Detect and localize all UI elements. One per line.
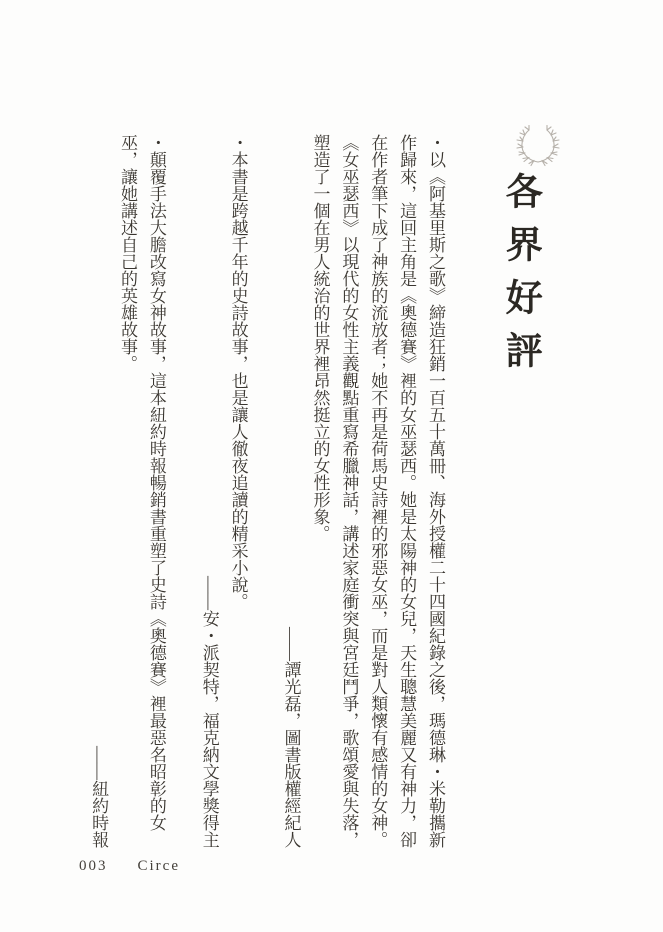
page-number: 003 (79, 858, 108, 875)
quote-attribution: ——譚光磊，圖書版權經紀人 (276, 134, 305, 848)
quote-attribution: ——安・派契特，福克納文學獎得主 (194, 134, 223, 848)
quote-paragraph: ・顛覆手法大膽改寫女神故事，這本紐約時報暢銷書重塑了史詩《奧德賽》裡最惡名昭彰的… (112, 134, 170, 848)
laurel-wreath-icon (515, 125, 561, 167)
quote-paragraph: ・以《阿基里斯之歌》締造狂銷一百五十萬冊、海外授權二十四國紀錄之後，瑪德琳・米勒… (305, 134, 449, 848)
praise-quotes-block: ・以《阿基里斯之歌》締造狂銷一百五十萬冊、海外授權二十四國紀錄之後，瑪德琳・米勒… (59, 134, 449, 848)
page-footer: 003 Circe (79, 858, 180, 875)
praise-page: 各界好評 ・以《阿基里斯之歌》締造狂銷一百五十萬冊、海外授權二十四國紀錄之後，瑪… (0, 0, 663, 932)
quote-attribution: ——紐約時報 (83, 134, 112, 848)
book-title: Circe (138, 858, 180, 875)
page-title: 各界好評 (501, 172, 538, 384)
quote-paragraph: ・本書是跨越千年的史詩故事，也是讓人徹夜追讀的精采小說。 (223, 134, 252, 848)
